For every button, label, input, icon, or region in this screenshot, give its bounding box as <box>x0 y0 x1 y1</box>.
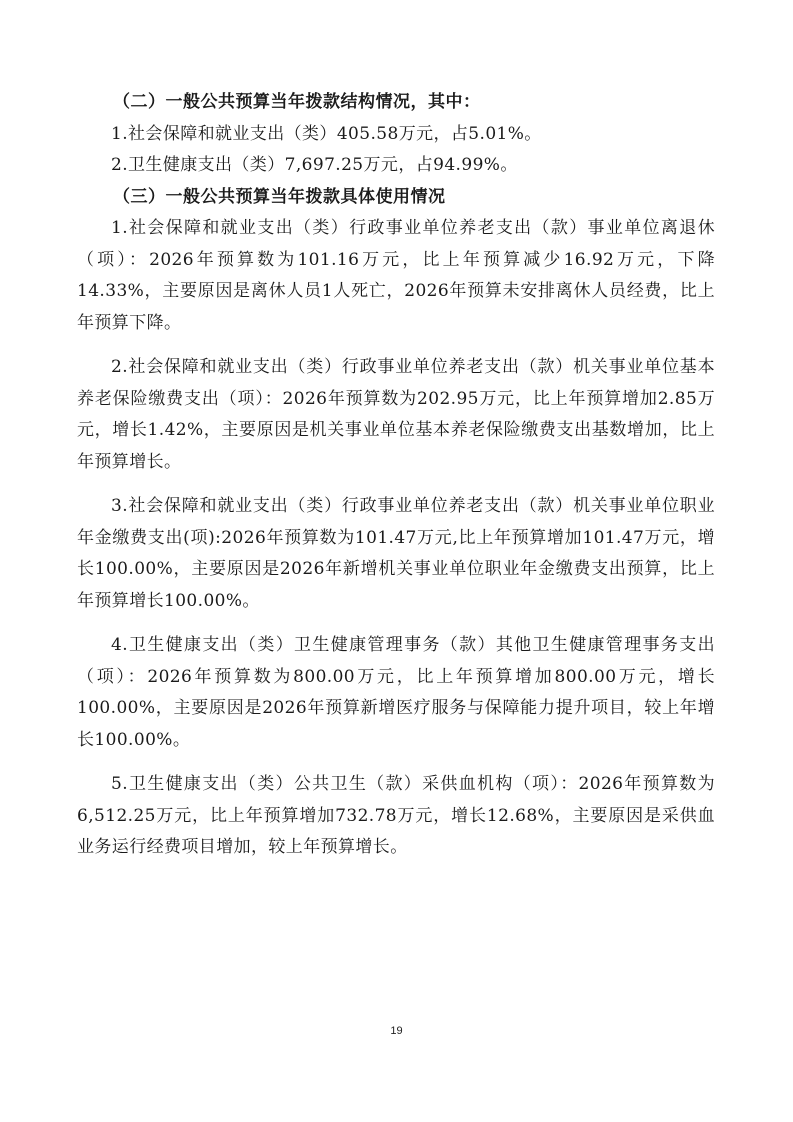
paragraph-gap <box>77 617 715 630</box>
section-heading-usage: （三）一般公共预算当年拨款具体使用情况 <box>77 182 715 214</box>
usage-paragraph-pension-insurance: 2.社会保障和就业支出（类）行政事业单位养老支出（款）机关事业单位基本养老保险缴… <box>77 352 715 478</box>
structure-item-health: 2.卫生健康支出（类）7,697.25万元，占94.99%。 <box>77 150 715 182</box>
document-body: （二）一般公共预算当年拨款结构情况，其中： 1.社会保障和就业支出（类）405.… <box>77 87 715 864</box>
section-heading-structure: （二）一般公共预算当年拨款结构情况，其中： <box>77 87 715 119</box>
paragraph-gap <box>77 339 715 352</box>
usage-paragraph-blood-supply: 5.卫生健康支出（类）公共卫生（款）采供血机构（项）：2026年预算数为6,51… <box>77 769 715 864</box>
usage-paragraph-health-management: 4.卫生健康支出（类）卫生健康管理事务（款）其他卫生健康管理事务支出（项）：20… <box>77 630 715 756</box>
usage-paragraph-retirement: 1.社会保障和就业支出（类）行政事业单位养老支出（款）事业单位离退休（项）：20… <box>77 213 715 339</box>
page-number: 19 <box>0 1025 793 1037</box>
paragraph-gap <box>77 478 715 491</box>
paragraph-gap <box>77 756 715 769</box>
structure-item-social-security: 1.社会保障和就业支出（类）405.58万元，占5.01%。 <box>77 119 715 151</box>
usage-paragraph-occupational-annuity: 3.社会保障和就业支出（类）行政事业单位养老支出（款）机关事业单位职业年金缴费支… <box>77 491 715 617</box>
